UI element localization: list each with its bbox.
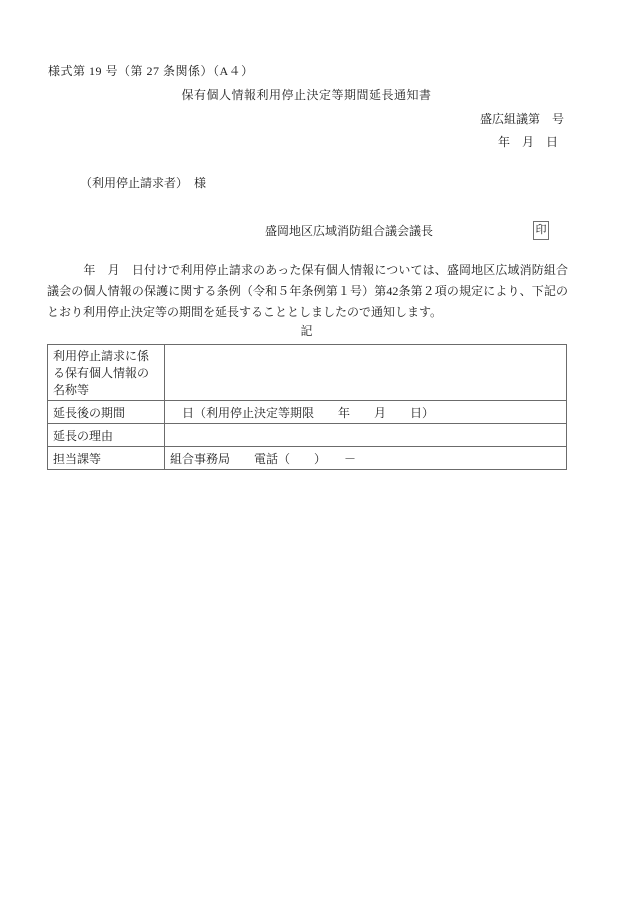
row-label-name: 利用停止請求に係る保有個人情報の名称等 — [48, 345, 165, 401]
seal-stamp: 印 — [533, 221, 549, 240]
table-row-name: 利用停止請求に係る保有個人情報の名称等 — [48, 345, 567, 401]
addressee-line: （利用停止請求者） 様 — [80, 174, 206, 191]
document-page: 様式第 19 号（第 27 条関係）（A４） 保有個人情報利用停止決定等期間延長… — [0, 0, 630, 903]
row-label-reason: 延長の理由 — [48, 424, 165, 447]
row-value-period: 日（利用停止決定等期限 年 月 日） — [165, 401, 567, 424]
row-label-contact: 担当課等 — [48, 447, 165, 470]
row-label-period: 延長後の期間 — [48, 401, 165, 424]
form-number: 様式第 19 号（第 27 条関係）（A４） — [48, 62, 254, 79]
document-title: 保有個人情報利用停止決定等期間延長通知書 — [47, 86, 566, 103]
table-row-contact: 担当課等 組合事務局 電話（ ） － — [48, 447, 567, 470]
ki-heading: 記 — [47, 322, 566, 339]
date-line: 年 月 日 — [498, 133, 558, 150]
body-paragraph: 年 月 日付けで利用停止請求のあった保有個人情報については、盛岡地区広域消防組合… — [47, 260, 568, 323]
sender-title-line: 盛岡地区広域消防組合議会議長 — [265, 222, 433, 239]
row-value-reason — [165, 424, 567, 447]
row-value-contact: 組合事務局 電話（ ） － — [165, 447, 567, 470]
row-value-name — [165, 345, 567, 401]
info-table: 利用停止請求に係る保有個人情報の名称等 延長後の期間 日（利用停止決定等期限 年… — [47, 344, 567, 470]
table-row-reason: 延長の理由 — [48, 424, 567, 447]
document-number-line: 盛広組議第 号 — [480, 110, 564, 127]
table-row-period: 延長後の期間 日（利用停止決定等期限 年 月 日） — [48, 401, 567, 424]
